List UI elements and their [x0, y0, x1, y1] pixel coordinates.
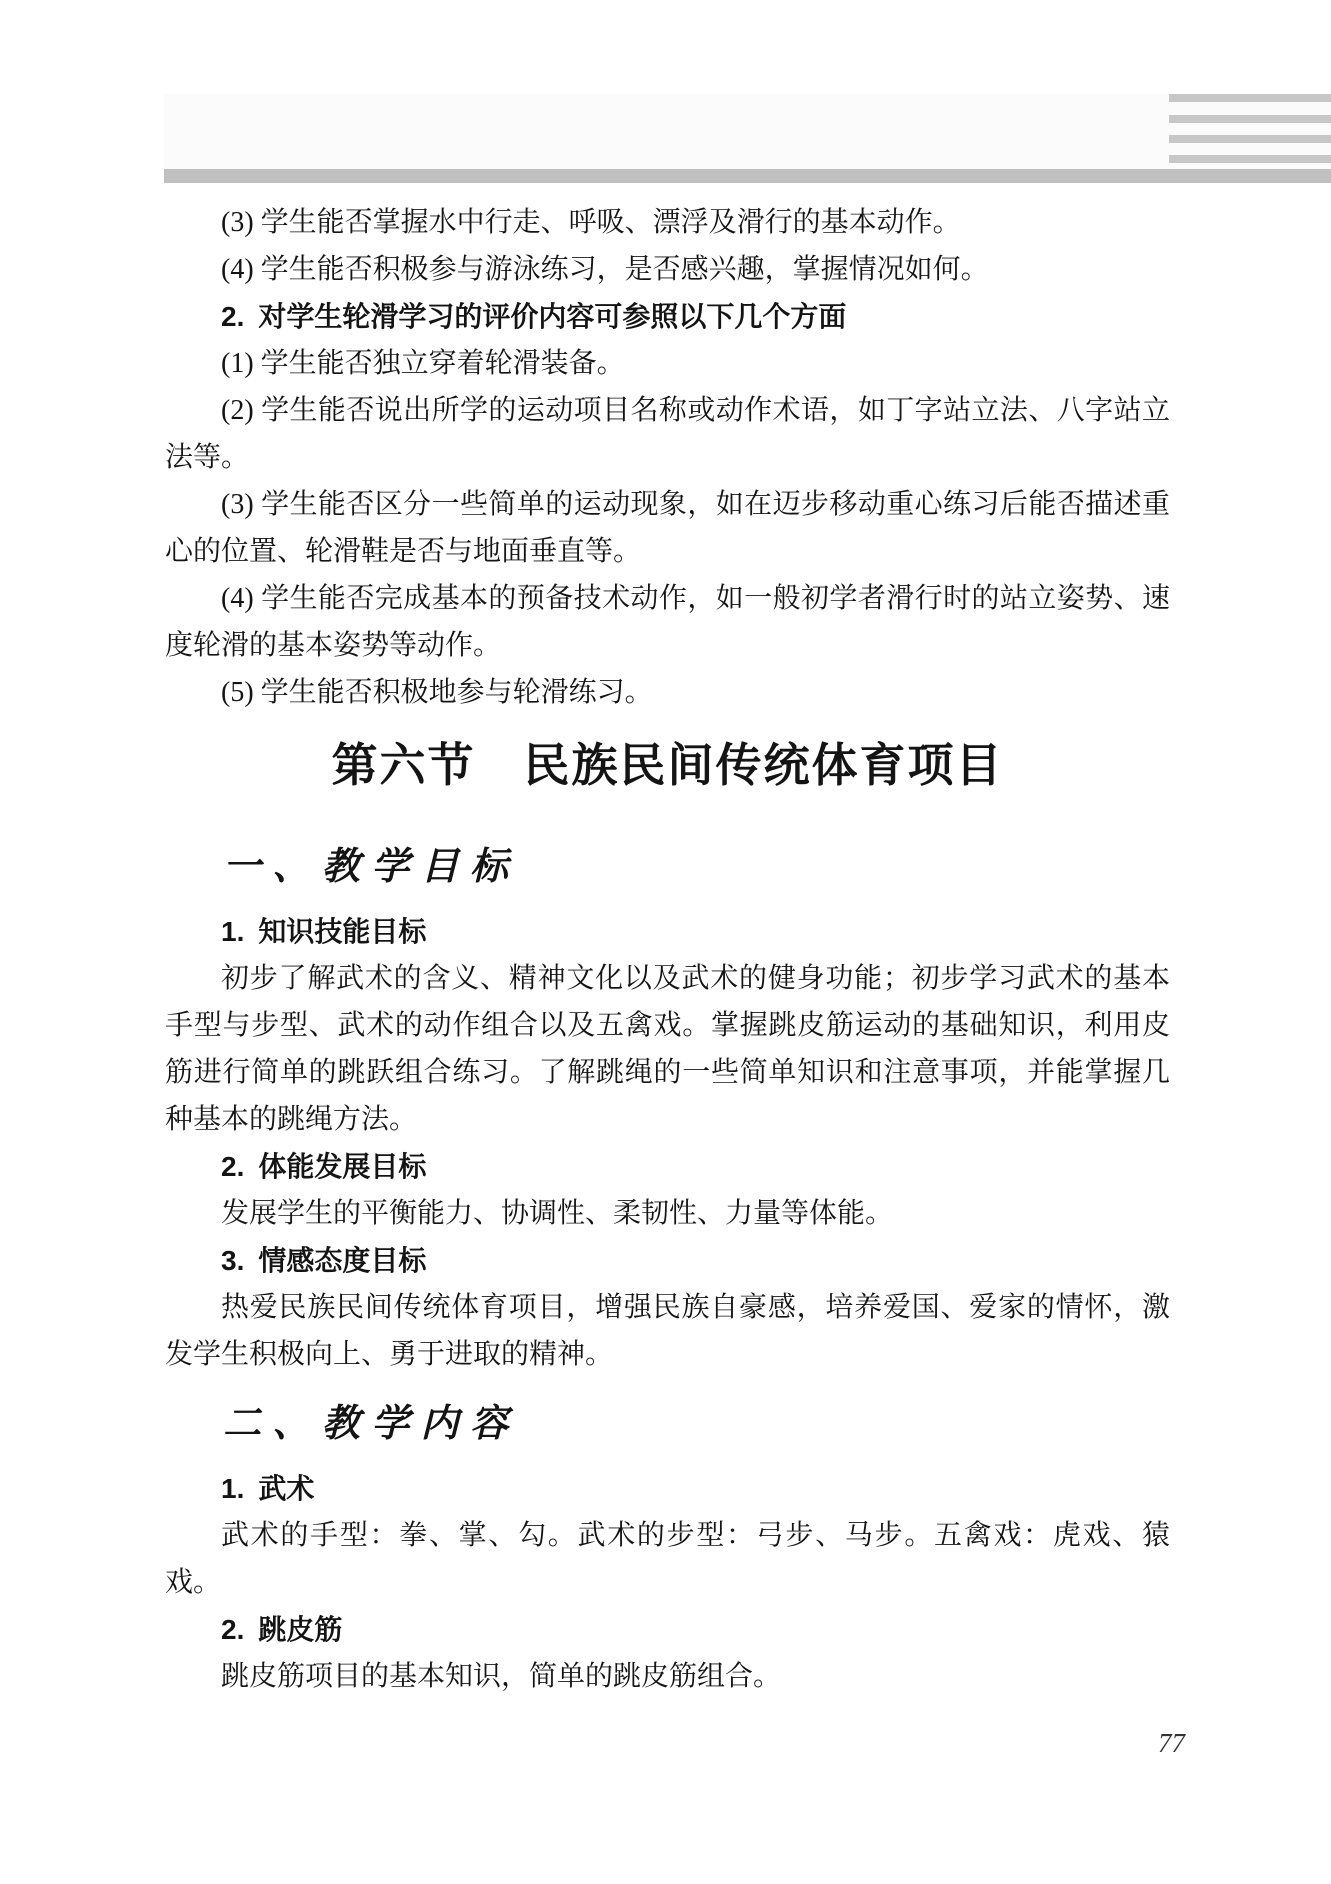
- list-item: (1) 学生能否独立穿着轮滑装备。: [165, 340, 1170, 387]
- sub-heading: 2. 跳皮筋: [165, 1606, 1170, 1653]
- header-bar: [164, 169, 1331, 183]
- book-page: (3) 学生能否掌握水中行走、呼吸、漂浮及滑行的基本动作。 (4) 学生能否积极…: [0, 0, 1331, 1884]
- header-stripe-1: [1169, 94, 1331, 102]
- sub-heading: 3. 情感态度目标: [165, 1237, 1170, 1284]
- list-item: (4) 学生能否积极参与游泳练习，是否感兴趣，掌握情况如何。: [165, 246, 1170, 293]
- page-number: 77: [1158, 1728, 1185, 1759]
- sub-heading: 2. 体能发展目标: [165, 1143, 1170, 1190]
- list-item: (2) 学生能否说出所学的运动项目名称或动作术语，如丁字站立法、八字站立法等。: [165, 387, 1170, 481]
- sub-heading: 2. 对学生轮滑学习的评价内容可参照以下几个方面: [165, 293, 1170, 340]
- sub-heading: 1. 武术: [165, 1465, 1170, 1512]
- script-heading: 二、教学内容: [165, 1398, 1170, 1450]
- paragraph: 初步了解武术的含义、精神文化以及武术的健身功能；初步学习武术的基本手型与步型、武…: [165, 955, 1170, 1143]
- list-item: (3) 学生能否区分一些简单的运动现象，如在迈步移动重心练习后能否描述重心的位置…: [165, 481, 1170, 575]
- paragraph: 热爱民族民间传统体育项目，增强民族自豪感，培养爱国、爱家的情怀，激发学生积极向上…: [165, 1284, 1170, 1378]
- text-column: (3) 学生能否掌握水中行走、呼吸、漂浮及滑行的基本动作。 (4) 学生能否积极…: [165, 199, 1170, 1700]
- section-title: 第六节 民族民间传统体育项目: [165, 731, 1170, 801]
- sub-heading: 1. 知识技能目标: [165, 908, 1170, 955]
- list-item: (5) 学生能否积极地参与轮滑练习。: [165, 669, 1170, 716]
- header-stripe-3: [1169, 135, 1331, 143]
- header-band: [164, 94, 1331, 170]
- header-stripe-2: [1169, 115, 1331, 123]
- list-item: (3) 学生能否掌握水中行走、呼吸、漂浮及滑行的基本动作。: [165, 199, 1170, 246]
- list-item: (4) 学生能否完成基本的预备技术动作，如一般初学者滑行时的站立姿势、速度轮滑的…: [165, 575, 1170, 669]
- script-heading: 一、教学目标: [165, 841, 1170, 893]
- paragraph: 跳皮筋项目的基本知识，简单的跳皮筋组合。: [165, 1653, 1170, 1700]
- paragraph: 发展学生的平衡能力、协调性、柔韧性、力量等体能。: [165, 1190, 1170, 1237]
- header-stripe-4: [1169, 155, 1331, 163]
- paragraph: 武术的手型：拳、掌、勾。武术的步型：弓步、马步。五禽戏：虎戏、猿戏。: [165, 1512, 1170, 1606]
